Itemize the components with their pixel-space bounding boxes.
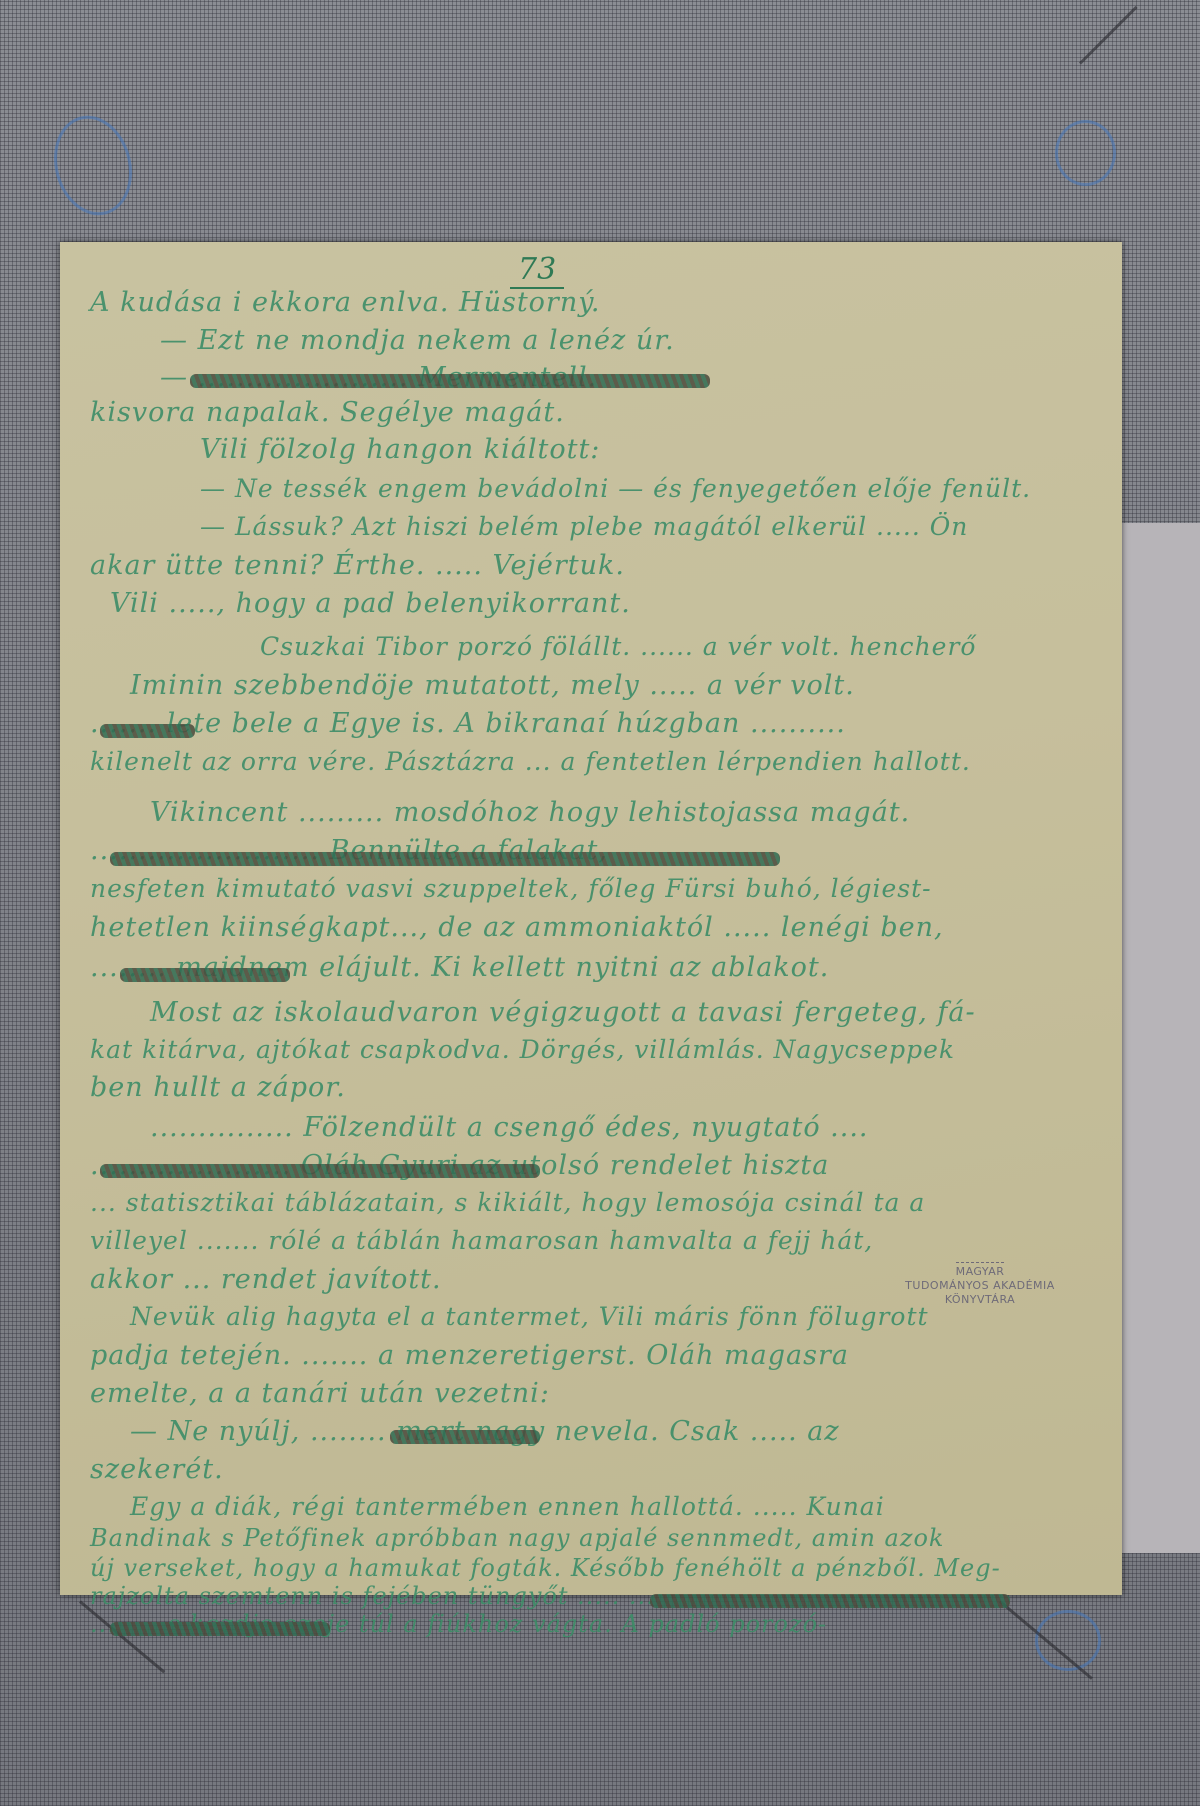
blue-crayon-mark-top-right xyxy=(1055,120,1116,186)
text-line: Most az iskolaudvaron végigzugott a tava… xyxy=(150,997,976,1028)
text-line: Bandinak s Petőfinek apróbban nagy apjal… xyxy=(90,1524,944,1552)
blue-crayon-mark-top-left xyxy=(43,107,143,224)
text-line: rajzolta szemtenn is fejében tüngyőt ...… xyxy=(90,1582,715,1610)
text-line: — Ezt ne mondja nekem a lenéz úr. xyxy=(160,325,675,356)
text-line: szekerét. xyxy=(90,1454,224,1485)
text-line: ....... lete bele a Egye is. A bikranaí … xyxy=(90,708,846,739)
text-line: ... statisztikai táblázatain, s kikiált,… xyxy=(90,1188,925,1217)
text-line: kisvora napalak. Segélye magát. xyxy=(90,397,565,428)
text-line: Csuzkai Tibor porzó fölállt. ...... a vé… xyxy=(260,632,976,661)
text-line: emelte, a a tanári után vezetni: xyxy=(90,1378,550,1409)
text-line: ben hullt a zápor. xyxy=(90,1072,346,1103)
text-line: új verseket, hogy a hamukat fogták. Késő… xyxy=(90,1554,1001,1582)
text-line: — Lássuk? Azt hiszi belém plebe magától … xyxy=(200,512,968,541)
text-line: Iminin szebbendöje mutatott, mely ..... … xyxy=(130,670,855,701)
text-line: akar ütte tenni? Érthe. ..... Vejértuk. xyxy=(90,550,625,581)
strikethrough xyxy=(390,1430,540,1444)
strikethrough xyxy=(120,968,290,982)
text-line: Nevük alig hagyta el a tantermet, Vili m… xyxy=(130,1302,929,1331)
strikethrough xyxy=(100,724,195,738)
text-line: ............... Fölzendült a csengő édes… xyxy=(150,1112,869,1143)
strikethrough xyxy=(110,852,780,866)
text-line: hetetlen kiinségkapt..., de az ammoniakt… xyxy=(90,912,944,943)
text-line: kat kitárva, ajtókat csapkodva. Dörgés, … xyxy=(90,1035,955,1064)
text-line: padja tetején. ....... a menzeretigerst.… xyxy=(90,1340,849,1371)
text-line: A kudása i ekkora enlva. Hüstorný. xyxy=(90,287,600,318)
strikethrough xyxy=(100,1164,540,1178)
strikethrough xyxy=(110,1622,330,1636)
strikethrough xyxy=(650,1594,1010,1608)
strikethrough xyxy=(190,374,710,388)
text-line: Egy a diák, régi tantermében ennen hallo… xyxy=(130,1492,885,1521)
pencil-mark-top-right xyxy=(1079,6,1138,65)
text-line: Vili ....., hogy a pad belenyikorrant. xyxy=(110,588,631,619)
page-number: 73 xyxy=(510,252,564,289)
backing-sheet xyxy=(1120,523,1200,1553)
text-line: kilenelt az orra vére. Pásztázra ... a f… xyxy=(90,747,971,776)
manuscript-page: 73 A kudása i ekkora enlva. Hüstorný. — … xyxy=(60,242,1122,1595)
library-stamp: MAGYAR TUDOMÁNYOS AKADÉMIA KÖNYVTÁRA xyxy=(895,1262,1065,1307)
text-line: Vikincent ......... mosdóhoz hogy lehist… xyxy=(150,797,910,828)
text-line: nesfeten kimutató vasvi szuppeltek, főle… xyxy=(90,874,932,903)
text-line: Vili fölzolg hangon kiáltott: xyxy=(200,434,600,465)
text-line: akkor ... rendet javított. xyxy=(90,1264,442,1295)
text-line: villeyel ....... rólé a táblán hamarosan… xyxy=(90,1226,873,1255)
text-line: — Ne tessék engem bevádolni — és fenyege… xyxy=(200,474,1031,503)
